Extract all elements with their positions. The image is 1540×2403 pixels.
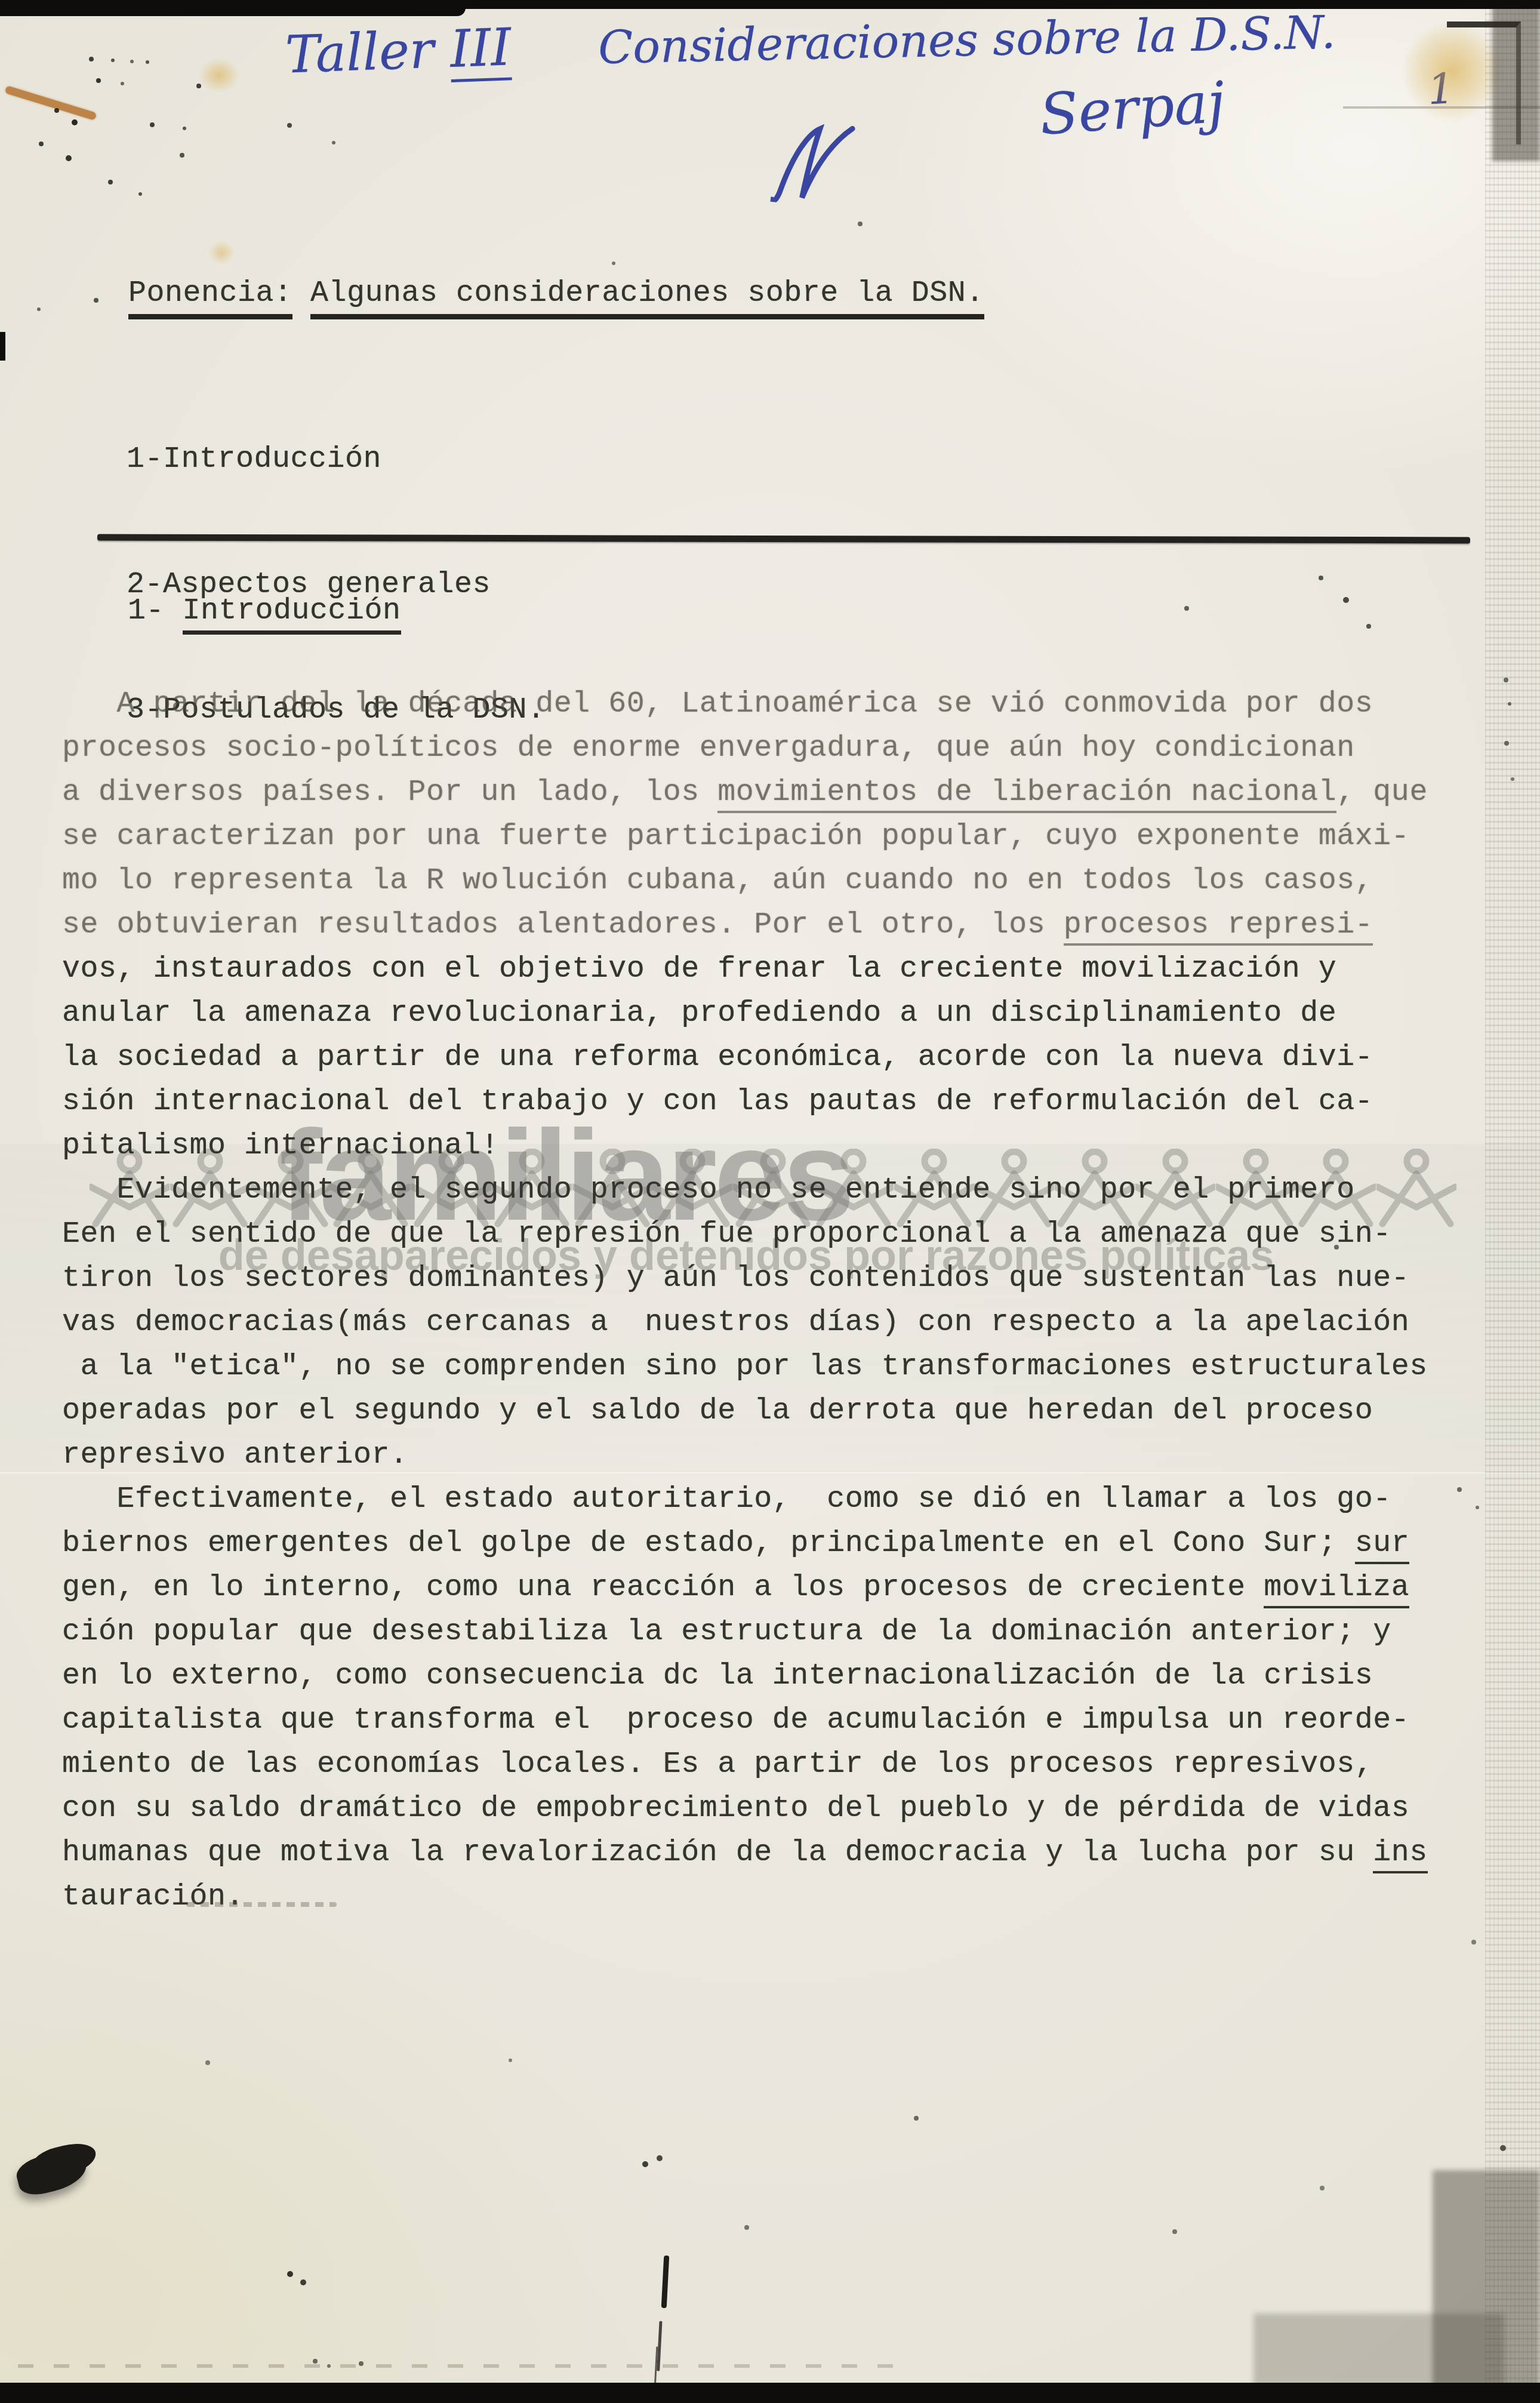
text-line: biernos emergentes del golpe de estado, … [62, 1522, 1428, 1566]
text-segment: Evidentemente, el segundo proceso no se … [62, 1173, 1355, 1207]
text-segment: capitalista que transforma el proceso de… [62, 1703, 1409, 1737]
yellow-stain [208, 240, 235, 265]
text-segment: miento de las economías locales. Es a pa… [62, 1747, 1373, 1782]
text-segment: se obtuvieran resultados alentadores. Po… [62, 908, 1064, 942]
toc-item: 1-Introducción [127, 431, 546, 488]
text-line: anular la amenaza revolucionaria, profed… [62, 992, 1428, 1036]
text-line: a diversos países. Por un lado, los movi… [62, 771, 1428, 815]
text-line: gen, en lo interno, como una reacción a … [62, 1566, 1428, 1610]
text-line: represivo anterior. [62, 1433, 1428, 1478]
text-line: Een el sentido de que la represión fue p… [62, 1213, 1428, 1257]
text-segment: anular la amenaza revolucionaria, profed… [62, 996, 1336, 1030]
text-segment: vas democracias(más cercanas a nuestros … [62, 1306, 1409, 1340]
text-line: operadas por el segundo y el saldo de la… [62, 1389, 1428, 1433]
text-segment: ción popular que desestabiliza la estruc… [62, 1615, 1391, 1649]
text-segment: Taller [284, 20, 451, 85]
text-segment: en lo externo, como consecuencia dc la i… [62, 1659, 1373, 1693]
underlined-text: movimientos de liberación nacional [717, 776, 1336, 813]
text-segment: Een el sentido de que la represión fue p… [62, 1217, 1391, 1251]
text-segment: Efectivamente, el estado autoritario, co… [62, 1482, 1391, 1516]
scanner-edge [0, 2383, 1540, 2403]
scan-edge-noise [1485, 0, 1540, 2403]
text-segment: con su saldo dramático de empobrecimient… [62, 1792, 1409, 1826]
text-line: se obtuvieran resultados alentadores. Po… [62, 903, 1428, 947]
scanner-edge [0, 332, 5, 361]
text-segment: gen, en lo interno, como una reacción a … [62, 1571, 1264, 1605]
text-segment: mo lo representa la R wolución cubana, a… [62, 864, 1373, 898]
text-segment: vos, instaurados con el objetivo de fren… [62, 952, 1336, 986]
text-segment: se caracterizan por una fuerte participa… [62, 820, 1409, 854]
text-line: miento de las economías locales. Es a pa… [62, 1743, 1428, 1787]
text-line: se caracterizan por una fuerte participa… [62, 815, 1428, 859]
text-segment: operadas por el segundo y el saldo de la… [62, 1394, 1373, 1428]
document-title: Ponencia: Algunas consideraciones sobre … [128, 276, 984, 312]
text-segment: la sociedad a partir de una reforma econ… [62, 1041, 1373, 1075]
text-line: vos, instaurados con el objetivo de fren… [62, 947, 1428, 992]
text-line: humanas que motiva la revalorización de … [62, 1831, 1428, 1875]
text-line: la sociedad a partir de una reforma econ… [62, 1036, 1428, 1080]
text-line: ción popular que desestabiliza la estruc… [62, 1610, 1428, 1654]
text-line: en lo externo, como consecuencia dc la i… [62, 1654, 1428, 1699]
text-segment: a diversos países. Por un lado, los [62, 776, 717, 810]
underlined-text: III [449, 17, 513, 82]
underlined-text: Ponencia: [128, 276, 292, 319]
text-line: mo lo representa la R wolución cubana, a… [62, 859, 1428, 903]
text-segment [292, 276, 311, 310]
text-segment: humanas que motiva la revalorización de … [62, 1836, 1373, 1870]
text-line: pitalismo internacional! [62, 1124, 1428, 1168]
text-segment: 1- [128, 594, 183, 628]
pen-flourish-icon [771, 113, 869, 211]
text-segment: represivo anterior. [62, 1438, 408, 1472]
underlined-text: moviliza [1264, 1571, 1409, 1608]
text-line: sión internacional del trabajo y con las… [62, 1080, 1428, 1124]
text-segment: tiron los sectores dominantes) y aún los… [62, 1262, 1409, 1296]
text-segment: , que [1336, 776, 1428, 810]
underlined-text: Introducción [183, 594, 401, 635]
underlined-text: Algunas consideraciones sobre la DSN. [310, 276, 984, 319]
text-line: procesos socio-políticos de enorme enver… [62, 727, 1428, 771]
yellow-stain [198, 57, 240, 93]
handwritten-org-note: Serpaj [1038, 70, 1227, 147]
scanner-edge [0, 0, 466, 16]
scanned-document-page: familiares de desaparecidos y detenidos … [0, 0, 1540, 2403]
text-line: Evidentemente, el segundo proceso no se … [62, 1168, 1428, 1213]
text-line: A partir del la década del 60, Latinoamé… [62, 682, 1428, 727]
ink-smudge [186, 1902, 337, 1907]
text-line: a la "etica", no se comprenden sino por … [62, 1345, 1428, 1389]
text-segment: sión internacional del trabajo y con las… [62, 1085, 1373, 1119]
text-segment: A partir del la década del 60, Latinoamé… [62, 687, 1373, 721]
scan-edge-noise [1253, 2313, 1504, 2385]
text-line: tiron los sectores dominantes) y aún los… [62, 1257, 1428, 1301]
text-segment: pitalismo internacional! [62, 1129, 499, 1163]
text-line: capitalista que transforma el proceso de… [62, 1699, 1428, 1743]
text-line: Efectivamente, el estado autoritario, co… [62, 1478, 1428, 1522]
text-segment: tauración. [62, 1880, 244, 1914]
text-segment: biernos emergentes del golpe de estado, … [62, 1527, 1355, 1561]
handwritten-workshop-label: Taller III [284, 17, 512, 85]
text-line: con su saldo dramático de empobrecimient… [62, 1787, 1428, 1831]
ink-smudge [18, 2364, 913, 2368]
text-line: tauración. [62, 1875, 1428, 1919]
scan-edge-noise [1492, 0, 1540, 161]
underlined-text: ins [1373, 1836, 1428, 1873]
text-segment: procesos socio-políticos de enorme enver… [62, 731, 1355, 765]
underlined-text: sur [1355, 1527, 1410, 1564]
section-heading: 1- Introducción [128, 594, 401, 629]
body-text: A partir del la década del 60, Latinoamé… [62, 682, 1428, 1919]
text-line: vas democracias(más cercanas a nuestros … [62, 1301, 1428, 1345]
text-segment: a la "etica", no se comprenden sino por … [62, 1350, 1428, 1384]
underlined-text: procesos represi- [1064, 908, 1373, 946]
